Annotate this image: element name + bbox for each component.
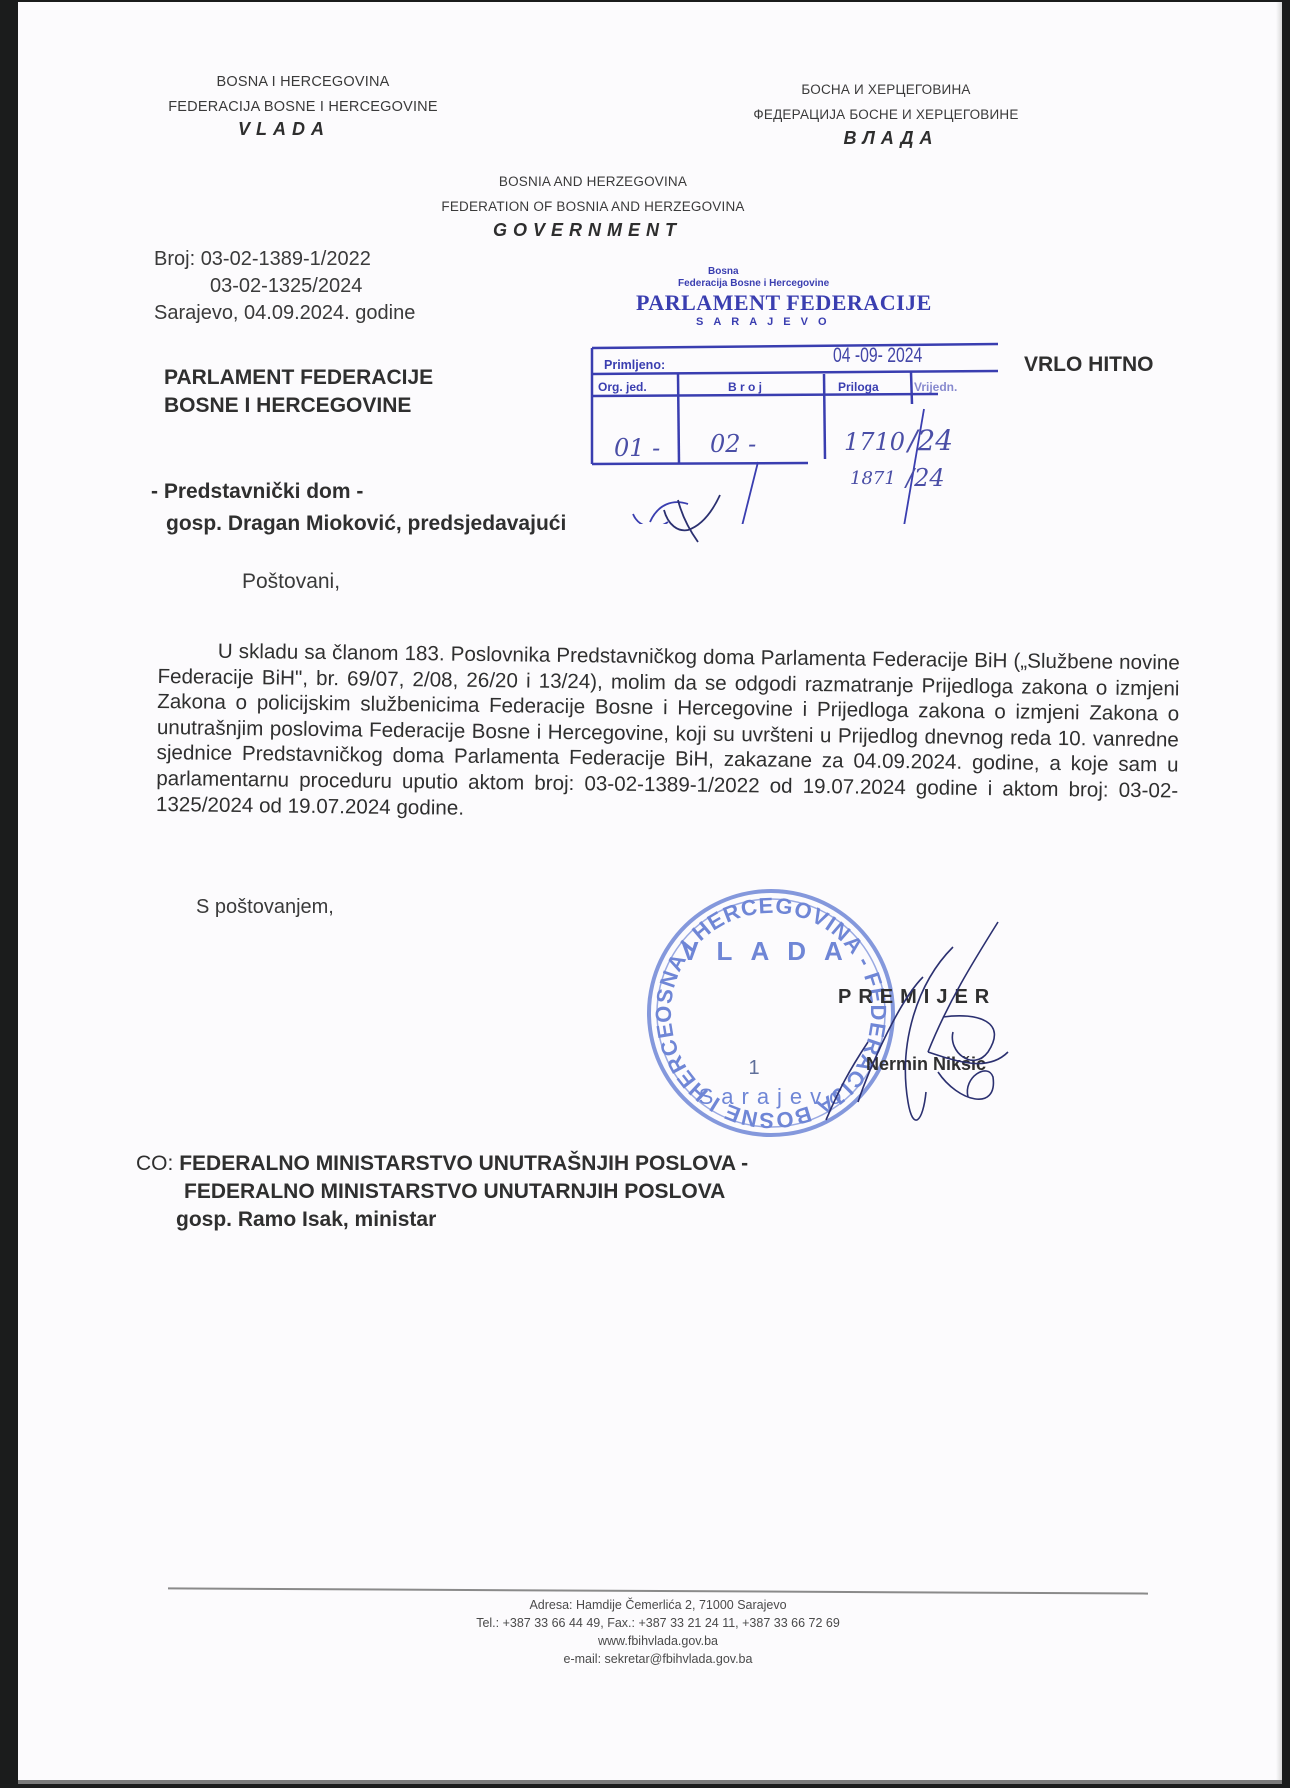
letterhead-left-line2: FEDERACIJA BOSNE I HERCEGOVINE (158, 99, 448, 115)
footer-phone: Tel.: +387 33 66 44 49, Fax.: +387 33 21… (398, 1614, 918, 1632)
stamp-col-priloga: Priloga (838, 380, 879, 394)
recipient-house: - Predstavnički dom - (151, 478, 363, 506)
footer-email: e-mail: sekretar@fbihvlada.gov.ba (398, 1650, 918, 1668)
body-paragraph: U skladu sa članom 183. Poslovnika Preds… (156, 638, 1180, 830)
cc-line2: FEDERALNO MINISTARSTVO UNUTARNJIH POSLOV… (136, 1178, 748, 1206)
broj-number-2: 03-02-1325/2024 (154, 273, 415, 300)
recipient-person: gosp. Dragan Mioković, predsjedavajući (166, 510, 566, 538)
page-edge-shadow (1276, 2, 1282, 1784)
letterhead-left-line3: VLADA (158, 119, 448, 140)
letterhead-left: BOSNA I HERCEGOVINA FEDERACIJA BOSNE I H… (158, 74, 448, 140)
letterhead-right: БОСНА И ХЕРЦЕГОВИНА ФЕДЕРАЦИЈА БОСНЕ И Х… (736, 82, 1036, 149)
cc-line3: gosp. Ramo Isak, ministar (136, 1206, 748, 1234)
received-stamp: Bosna Federacija Bosne i Hercegovine PAR… (578, 264, 998, 524)
stamp-col-broj: B r o j (728, 380, 762, 394)
stamp-priloga-value-1: 1710 (844, 428, 905, 456)
broj-number-1: 03-02-1389-1/2022 (201, 248, 371, 270)
urgency-label: VRLO HITNO (1024, 351, 1154, 379)
broj-label: Broj: (154, 248, 195, 270)
letterhead-center-line3: GOVERNMENT (413, 220, 773, 241)
letterhead-right-line3: ВЛАДА (736, 128, 1036, 149)
footer-address: Adresa: Hamdije Čemerlića 2, 71000 Saraj… (398, 1596, 918, 1614)
body-text: U skladu sa članom 183. Poslovnika Preds… (156, 638, 1180, 830)
stamp-broj-value: 02 - (710, 430, 756, 458)
letterhead-center: BOSNIA AND HERZEGOVINA FEDERATION OF BOS… (413, 174, 773, 241)
footer: Adresa: Hamdije Čemerlića 2, 71000 Saraj… (398, 1596, 918, 1668)
footer-web: www.fbihvlada.gov.ba (398, 1632, 918, 1650)
stamp-received-date: 04 -09- 2024 (833, 344, 922, 368)
stamp-vrijednost-value-1: /24 (908, 424, 953, 457)
letterhead-center-line1: BOSNIA AND HERZEGOVINA (413, 174, 773, 189)
page-bottom-edge (18, 1780, 1282, 1784)
footer-divider (168, 1587, 1148, 1594)
stamp-col-vrijednost: Vrijedn. (914, 380, 957, 394)
recipient-block: PARLAMENT FEDERACIJE BOSNE I HERCEGOVINE (164, 364, 433, 420)
cc-block: CO: FEDERALNO MINISTARSTVO UNUTRAŠNJIH P… (136, 1150, 748, 1234)
stamp-vrijednost-value-2: /24 (906, 464, 945, 492)
place-date: Sarajevo, 04.09.2024. godine (154, 300, 415, 327)
handwritten-tick (658, 490, 738, 550)
recipient-line1: PARLAMENT FEDERACIJE (164, 364, 433, 392)
stamp-org-value: 01 - (614, 434, 660, 462)
cc-line1: FEDERALNO MINISTARSTVO UNUTRAŠNJIH POSLO… (179, 1152, 748, 1175)
stamp-col-org: Org. jed. (598, 380, 647, 394)
salutation: Poštovani, (242, 568, 340, 595)
stamp-priloga-value-2: 1871 (850, 468, 896, 489)
letterhead-center-line2: FEDERATION OF BOSNIA AND HERZEGOVINA (413, 199, 773, 214)
document-page: BOSNA I HERCEGOVINA FEDERACIJA BOSNE I H… (18, 2, 1282, 1784)
recipient-line2: BOSNE I HERCEGOVINE (164, 392, 433, 420)
cc-label: CO: (136, 1152, 173, 1175)
closing: S poštovanjem, (196, 894, 334, 921)
stamp-received-label: Primljeno: (604, 358, 665, 372)
letterhead-left-line1: BOSNA I HERCEGOVINA (158, 74, 448, 90)
reference-block: Broj: 03-02-1389-1/2022 03-02-1325/2024 … (154, 246, 415, 327)
letterhead-right-line1: БОСНА И ХЕРЦЕГОВИНА (736, 82, 1036, 97)
letterhead-right-line2: ФЕДЕРАЦИЈА БОСНЕ И ХЕРЦЕГОВИНЕ (736, 107, 1036, 122)
signature (748, 902, 1048, 1142)
